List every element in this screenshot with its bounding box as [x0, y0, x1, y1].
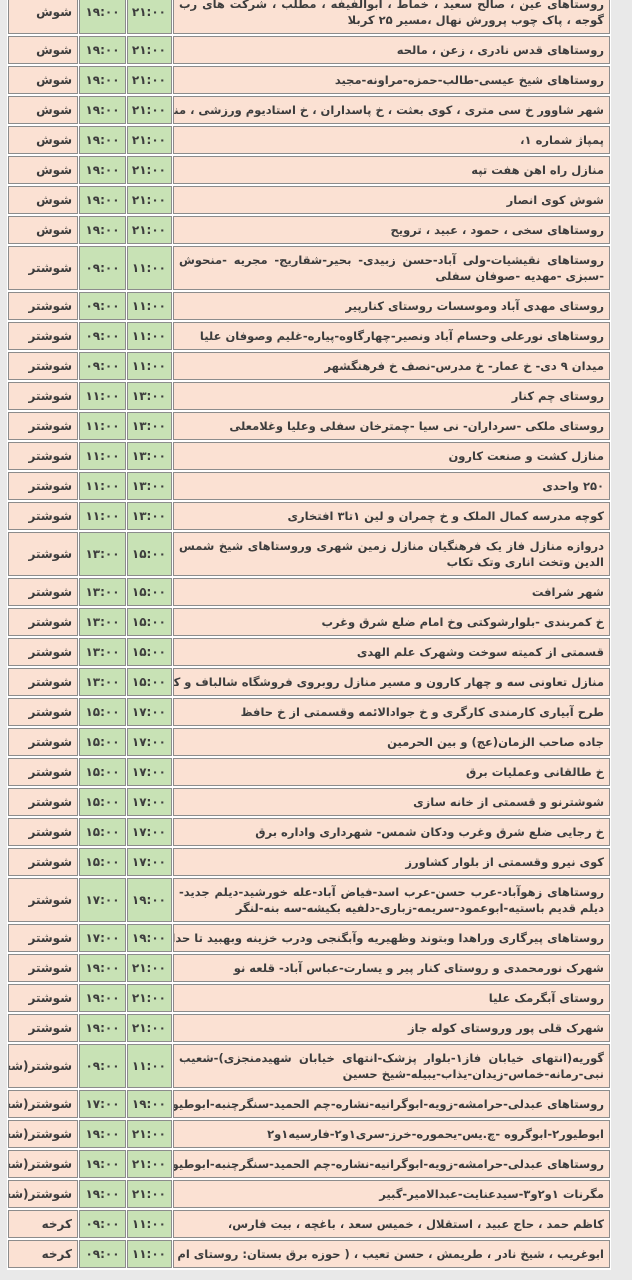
start-time-cell: ۱۱:۰۰ — [79, 382, 126, 410]
city-cell: شوش — [8, 0, 78, 34]
end-time-cell: ۲۱:۰۰ — [127, 1014, 172, 1042]
table-row: ۲۵۰ واحدی۱۳:۰۰۱۱:۰۰شوشتر — [8, 472, 610, 500]
area-cell: شهر شرافت — [173, 578, 610, 606]
table-row: خ کمربندی -بلوارشوکتی وخ امام ضلع شرق وغ… — [8, 608, 610, 636]
table-row: روستاهای عین ، صالح سعید ، خماط ، ابوالف… — [8, 0, 610, 34]
area-cell: روستاهای عبدلی-حرامشه-زویه-ابوگرانیه-نشا… — [173, 1090, 610, 1118]
city-cell: شوشتر — [8, 502, 78, 530]
end-time-cell: ۱۹:۰۰ — [127, 1090, 172, 1118]
start-time-cell: ۱۳:۰۰ — [79, 668, 126, 696]
start-time-cell: ۱۹:۰۰ — [79, 156, 126, 184]
city-cell: شوشتر — [8, 924, 78, 952]
start-time-cell: ۱۷:۰۰ — [79, 924, 126, 952]
city-cell: شوشتر — [8, 412, 78, 440]
table-row: ابوغریب ، شیخ نادر ، طریمش ، حسن تعیب ، … — [8, 1240, 610, 1268]
end-time-cell: ۱۵:۰۰ — [127, 668, 172, 696]
end-time-cell: ۱۵:۰۰ — [127, 608, 172, 636]
end-time-cell: ۲۱:۰۰ — [127, 1150, 172, 1178]
area-cell: میدان ۹ دی- خ عمار- خ مدرس-نصف خ فرهنگشه… — [173, 352, 610, 380]
start-time-cell: ۱۹:۰۰ — [79, 36, 126, 64]
city-cell: شوش — [8, 36, 78, 64]
table-row: طرح آبیاری کارمندی کارگری و خ جوادالائمه… — [8, 698, 610, 726]
start-time-cell: ۱۱:۰۰ — [79, 412, 126, 440]
area-cell: روستاهای نقیشیات-ولی آباد-حسن زبیدی- بحی… — [173, 246, 610, 290]
city-cell: شوش — [8, 96, 78, 124]
city-cell: شوش — [8, 156, 78, 184]
end-time-cell: ۲۱:۰۰ — [127, 1120, 172, 1148]
city-cell: شوشتر(شعیبیه) — [8, 1180, 78, 1208]
city-cell: شوشتر — [8, 472, 78, 500]
area-cell: روستاهای شیخ عیسی-طالب-حمزه-مراونه-مجید — [173, 66, 610, 94]
outage-table-body: روستاهای عین ، صالح سعید ، خماط ، ابوالف… — [8, 0, 610, 1268]
table-row: روستای آبگرمک علیا۲۱:۰۰۱۹:۰۰شوشتر — [8, 984, 610, 1012]
table-row: قسمتی از کمیته سوخت وشهرک علم الهدی۱۵:۰۰… — [8, 638, 610, 666]
area-cell: روستاهای سخی ، حمود ، عبید ، ترویح — [173, 216, 610, 244]
end-time-cell: ۱۱:۰۰ — [127, 1044, 172, 1088]
start-time-cell: ۱۹:۰۰ — [79, 216, 126, 244]
start-time-cell: ۱۹:۰۰ — [79, 954, 126, 982]
start-time-cell: ۱۹:۰۰ — [79, 1150, 126, 1178]
area-cell: روستاهای پیرگاری وراهدا وبتوند وظهیریه و… — [173, 924, 610, 952]
city-cell: شوش — [8, 216, 78, 244]
end-time-cell: ۱۷:۰۰ — [127, 818, 172, 846]
start-time-cell: ۱۹:۰۰ — [79, 984, 126, 1012]
city-cell: شوشتر — [8, 382, 78, 410]
city-cell: شوش — [8, 186, 78, 214]
end-time-cell: ۱۷:۰۰ — [127, 788, 172, 816]
start-time-cell: ۰۹:۰۰ — [79, 292, 126, 320]
area-cell: روستاهای قدس نادری ، زعن ، مالحه — [173, 36, 610, 64]
start-time-cell: ۱۵:۰۰ — [79, 728, 126, 756]
start-time-cell: ۱۳:۰۰ — [79, 608, 126, 636]
table-row: پمپاژ شماره ۱،۲۱:۰۰۱۹:۰۰شوش — [8, 126, 610, 154]
start-time-cell: ۱۳:۰۰ — [79, 638, 126, 666]
end-time-cell: ۲۱:۰۰ — [127, 984, 172, 1012]
end-time-cell: ۱۱:۰۰ — [127, 1240, 172, 1268]
start-time-cell: ۱۳:۰۰ — [79, 578, 126, 606]
table-row: مگرنات ۱و۲و۳-سیدعنایت-عبدالامیر-گبیر۲۱:۰… — [8, 1180, 610, 1208]
table-row: روستاهای شیخ عیسی-طالب-حمزه-مراونه-مجید۲… — [8, 66, 610, 94]
city-cell: شوشتر — [8, 578, 78, 606]
table-row: روستاهای سخی ، حمود ، عبید ، ترویح۲۱:۰۰۱… — [8, 216, 610, 244]
table-row: کاظم حمد ، حاج عبید ، استقلال ، خمیس سعد… — [8, 1210, 610, 1238]
city-cell: شوشتر — [8, 532, 78, 576]
area-cell: جاده صاحب الزمان(عج) و بین الحرمین — [173, 728, 610, 756]
end-time-cell: ۱۹:۰۰ — [127, 878, 172, 922]
area-cell: روستاهای زهوآباد-عرب حسن-عرب اسد-فیاض آب… — [173, 878, 610, 922]
table-row: میدان ۹ دی- خ عمار- خ مدرس-نصف خ فرهنگشه… — [8, 352, 610, 380]
table-row: روستاهای قدس نادری ، زعن ، مالحه۲۱:۰۰۱۹:… — [8, 36, 610, 64]
table-row: منازل کشت و صنعت کارون۱۳:۰۰۱۱:۰۰شوشتر — [8, 442, 610, 470]
city-cell: شوشتر — [8, 848, 78, 876]
area-cell: کاظم حمد ، حاج عبید ، استقلال ، خمیس سعد… — [173, 1210, 610, 1238]
end-time-cell: ۱۷:۰۰ — [127, 848, 172, 876]
city-cell: شوشتر — [8, 878, 78, 922]
end-time-cell: ۱۱:۰۰ — [127, 246, 172, 290]
start-time-cell: ۱۱:۰۰ — [79, 472, 126, 500]
start-time-cell: ۰۹:۰۰ — [79, 1240, 126, 1268]
end-time-cell: ۲۱:۰۰ — [127, 66, 172, 94]
city-cell: شوشتر — [8, 728, 78, 756]
table-row: شوشترنو و قسمتی از خانه سازی۱۷:۰۰۱۵:۰۰شو… — [8, 788, 610, 816]
end-time-cell: ۱۱:۰۰ — [127, 322, 172, 350]
city-cell: شوشتر(شعیبیه) — [8, 1090, 78, 1118]
area-cell: شهر شاوور خ سی متری ، کوی بعثت ، خ پاسدا… — [173, 96, 610, 124]
city-cell: شوشتر — [8, 818, 78, 846]
area-cell: ابوغریب ، شیخ نادر ، طریمش ، حسن تعیب ، … — [173, 1240, 610, 1268]
table-row: شهرک نورمحمدی و روستای کنار پیر و یسارت-… — [8, 954, 610, 982]
area-cell: قسمتی از کمیته سوخت وشهرک علم الهدی — [173, 638, 610, 666]
city-cell: شوشتر — [8, 246, 78, 290]
outage-schedule-page: روستاهای عین ، صالح سعید ، خماط ، ابوالف… — [0, 0, 632, 1280]
table-row: روستاهای پیرگاری وراهدا وبتوند وظهیریه و… — [8, 924, 610, 952]
start-time-cell: ۱۵:۰۰ — [79, 788, 126, 816]
table-row: خ رجایی ضلع شرق وغرب ودکان شمس- شهرداری … — [8, 818, 610, 846]
table-row: منازل راه اهن هفت تپه۲۱:۰۰۱۹:۰۰شوش — [8, 156, 610, 184]
area-cell: روستای ملکی -سرداران- نی سیا -چمترخان سف… — [173, 412, 610, 440]
table-row: ابوطیور۲-ابوگروه -چ.یس-یحموره-خرز-سری۱و۲… — [8, 1120, 610, 1148]
city-cell: شوشتر — [8, 608, 78, 636]
area-cell: روستای مهدی آباد وموسسات روستای کنارپیر — [173, 292, 610, 320]
table-row: کوچه مدرسه کمال الملک و خ چمران و لین ۱ت… — [8, 502, 610, 530]
city-cell: شوشتر — [8, 954, 78, 982]
table-row: شوش کوی انصار۲۱:۰۰۱۹:۰۰شوش — [8, 186, 610, 214]
start-time-cell: ۰۹:۰۰ — [79, 322, 126, 350]
start-time-cell: ۱۵:۰۰ — [79, 758, 126, 786]
area-cell: روستای چم کنار — [173, 382, 610, 410]
end-time-cell: ۱۱:۰۰ — [127, 292, 172, 320]
area-cell: منازل راه اهن هفت تپه — [173, 156, 610, 184]
area-cell: ۲۵۰ واحدی — [173, 472, 610, 500]
start-time-cell: ۱۵:۰۰ — [79, 698, 126, 726]
end-time-cell: ۲۱:۰۰ — [127, 96, 172, 124]
area-cell: مگرنات ۱و۲و۳-سیدعنایت-عبدالامیر-گبیر — [173, 1180, 610, 1208]
city-cell: شوشتر(شعیبیه) — [8, 1044, 78, 1088]
city-cell: کرخه — [8, 1240, 78, 1268]
end-time-cell: ۱۳:۰۰ — [127, 412, 172, 440]
area-cell: شوشترنو و قسمتی از خانه سازی — [173, 788, 610, 816]
table-row: گوریه(انتهای خیابان فاز۱-بلوار پزشک-انته… — [8, 1044, 610, 1088]
table-row: خ طالقانی وعملیات برق۱۷:۰۰۱۵:۰۰شوشتر — [8, 758, 610, 786]
table-row: روستاهای زهوآباد-عرب حسن-عرب اسد-فیاض آب… — [8, 878, 610, 922]
area-cell: شهرک قلی پور وروستای کوله جاز — [173, 1014, 610, 1042]
area-cell: کوی نیرو وقسمتی از بلوار کشاورز — [173, 848, 610, 876]
city-cell: شوشتر — [8, 638, 78, 666]
end-time-cell: ۱۵:۰۰ — [127, 638, 172, 666]
table-row: روستاهای عبدلی-حرامشه-زویه-ابوگرانیه-نشا… — [8, 1090, 610, 1118]
area-cell: کوچه مدرسه کمال الملک و خ چمران و لین ۱ت… — [173, 502, 610, 530]
city-cell: شوشتر(شعیبیه) — [8, 1150, 78, 1178]
city-cell: شوشتر — [8, 698, 78, 726]
table-row: روستای مهدی آباد وموسسات روستای کنارپیر۱… — [8, 292, 610, 320]
city-cell: شوش — [8, 66, 78, 94]
end-time-cell: ۲۱:۰۰ — [127, 36, 172, 64]
end-time-cell: ۲۱:۰۰ — [127, 954, 172, 982]
end-time-cell: ۱۳:۰۰ — [127, 502, 172, 530]
city-cell: شوشتر — [8, 442, 78, 470]
table-row: شهر شاوور خ سی متری ، کوی بعثت ، خ پاسدا… — [8, 96, 610, 124]
area-cell: خ کمربندی -بلوارشوکتی وخ امام ضلع شرق وغ… — [173, 608, 610, 636]
table-row: شهرک قلی پور وروستای کوله جاز۲۱:۰۰۱۹:۰۰ش… — [8, 1014, 610, 1042]
end-time-cell: ۱۵:۰۰ — [127, 578, 172, 606]
start-time-cell: ۱۹:۰۰ — [79, 66, 126, 94]
end-time-cell: ۱۷:۰۰ — [127, 728, 172, 756]
city-cell: کرخه — [8, 1210, 78, 1238]
start-time-cell: ۰۹:۰۰ — [79, 1210, 126, 1238]
area-cell: گوریه(انتهای خیابان فاز۱-بلوار پزشک-انته… — [173, 1044, 610, 1088]
start-time-cell: ۱۱:۰۰ — [79, 442, 126, 470]
area-cell: روستاهای عین ، صالح سعید ، خماط ، ابوالف… — [173, 0, 610, 34]
end-time-cell: ۱۵:۰۰ — [127, 532, 172, 576]
table-row: روستاهای نورعلی وحسام آباد ونصیر-چهارگاو… — [8, 322, 610, 350]
table-row: روستاهای عبدلی-حرامشه-زویه-ابوگرانیه-نشا… — [8, 1150, 610, 1178]
table-row: دروازه منازل فاز یک فرهنگیان منازل زمین … — [8, 532, 610, 576]
table-row: منازل تعاونی سه و چهار کارون و مسیر مناز… — [8, 668, 610, 696]
table-row: روستای چم کنار۱۳:۰۰۱۱:۰۰شوشتر — [8, 382, 610, 410]
start-time-cell: ۰۹:۰۰ — [79, 352, 126, 380]
table-row: روستای ملکی -سرداران- نی سیا -چمترخان سف… — [8, 412, 610, 440]
area-cell: ابوطیور۲-ابوگروه -چ.یس-یحموره-خرز-سری۱و۲… — [173, 1120, 610, 1148]
city-cell: شوشتر — [8, 352, 78, 380]
table-row: کوی نیرو وقسمتی از بلوار کشاورز۱۷:۰۰۱۵:۰… — [8, 848, 610, 876]
table-row: شهر شرافت۱۵:۰۰۱۳:۰۰شوشتر — [8, 578, 610, 606]
start-time-cell: ۱۹:۰۰ — [79, 1180, 126, 1208]
start-time-cell: ۱۷:۰۰ — [79, 1090, 126, 1118]
area-cell: منازل کشت و صنعت کارون — [173, 442, 610, 470]
end-time-cell: ۱۱:۰۰ — [127, 1210, 172, 1238]
city-cell: شوشتر — [8, 758, 78, 786]
end-time-cell: ۲۱:۰۰ — [127, 186, 172, 214]
area-cell: روستاهای عبدلی-حرامشه-زویه-ابوگرانیه-نشا… — [173, 1150, 610, 1178]
city-cell: شوشتر — [8, 322, 78, 350]
start-time-cell: ۰۹:۰۰ — [79, 1044, 126, 1088]
end-time-cell: ۲۱:۰۰ — [127, 216, 172, 244]
city-cell: شوشتر — [8, 292, 78, 320]
end-time-cell: ۲۱:۰۰ — [127, 0, 172, 34]
start-time-cell: ۱۹:۰۰ — [79, 1014, 126, 1042]
start-time-cell: ۱۵:۰۰ — [79, 818, 126, 846]
start-time-cell: ۰۹:۰۰ — [79, 246, 126, 290]
end-time-cell: ۱۹:۰۰ — [127, 924, 172, 952]
area-cell: روستاهای نورعلی وحسام آباد ونصیر-چهارگاو… — [173, 322, 610, 350]
end-time-cell: ۲۱:۰۰ — [127, 156, 172, 184]
end-time-cell: ۱۳:۰۰ — [127, 442, 172, 470]
start-time-cell: ۱۱:۰۰ — [79, 502, 126, 530]
city-cell: شوشتر — [8, 668, 78, 696]
start-time-cell: ۱۹:۰۰ — [79, 126, 126, 154]
area-cell: خ طالقانی وعملیات برق — [173, 758, 610, 786]
area-cell: منازل تعاونی سه و چهار کارون و مسیر مناز… — [173, 668, 610, 696]
area-cell: روستای آبگرمک علیا — [173, 984, 610, 1012]
area-cell: طرح آبیاری کارمندی کارگری و خ جوادالائمه… — [173, 698, 610, 726]
city-cell: شوشتر — [8, 788, 78, 816]
start-time-cell: ۱۹:۰۰ — [79, 0, 126, 34]
area-cell: شوش کوی انصار — [173, 186, 610, 214]
end-time-cell: ۲۱:۰۰ — [127, 1180, 172, 1208]
end-time-cell: ۱۷:۰۰ — [127, 698, 172, 726]
end-time-cell: ۱۷:۰۰ — [127, 758, 172, 786]
outage-schedule-table: روستاهای عین ، صالح سعید ، خماط ، ابوالف… — [7, 0, 611, 1270]
start-time-cell: ۱۷:۰۰ — [79, 878, 126, 922]
start-time-cell: ۱۹:۰۰ — [79, 186, 126, 214]
table-row: روستاهای نقیشیات-ولی آباد-حسن زبیدی- بحی… — [8, 246, 610, 290]
end-time-cell: ۱۳:۰۰ — [127, 472, 172, 500]
area-cell: خ رجایی ضلع شرق وغرب ودکان شمس- شهرداری … — [173, 818, 610, 846]
area-cell: دروازه منازل فاز یک فرهنگیان منازل زمین … — [173, 532, 610, 576]
end-time-cell: ۲۱:۰۰ — [127, 126, 172, 154]
outage-table-container: روستاهای عین ، صالح سعید ، خماط ، ابوالف… — [7, 0, 611, 1270]
end-time-cell: ۱۱:۰۰ — [127, 352, 172, 380]
start-time-cell: ۱۳:۰۰ — [79, 532, 126, 576]
area-cell: پمپاژ شماره ۱، — [173, 126, 610, 154]
city-cell: شوشتر(شعیبیه) — [8, 1120, 78, 1148]
start-time-cell: ۱۹:۰۰ — [79, 1120, 126, 1148]
city-cell: شوش — [8, 126, 78, 154]
area-cell: شهرک نورمحمدی و روستای کنار پیر و یسارت-… — [173, 954, 610, 982]
start-time-cell: ۱۵:۰۰ — [79, 848, 126, 876]
start-time-cell: ۱۹:۰۰ — [79, 96, 126, 124]
city-cell: شوشتر — [8, 984, 78, 1012]
city-cell: شوشتر — [8, 1014, 78, 1042]
end-time-cell: ۱۳:۰۰ — [127, 382, 172, 410]
table-row: جاده صاحب الزمان(عج) و بین الحرمین۱۷:۰۰۱… — [8, 728, 610, 756]
